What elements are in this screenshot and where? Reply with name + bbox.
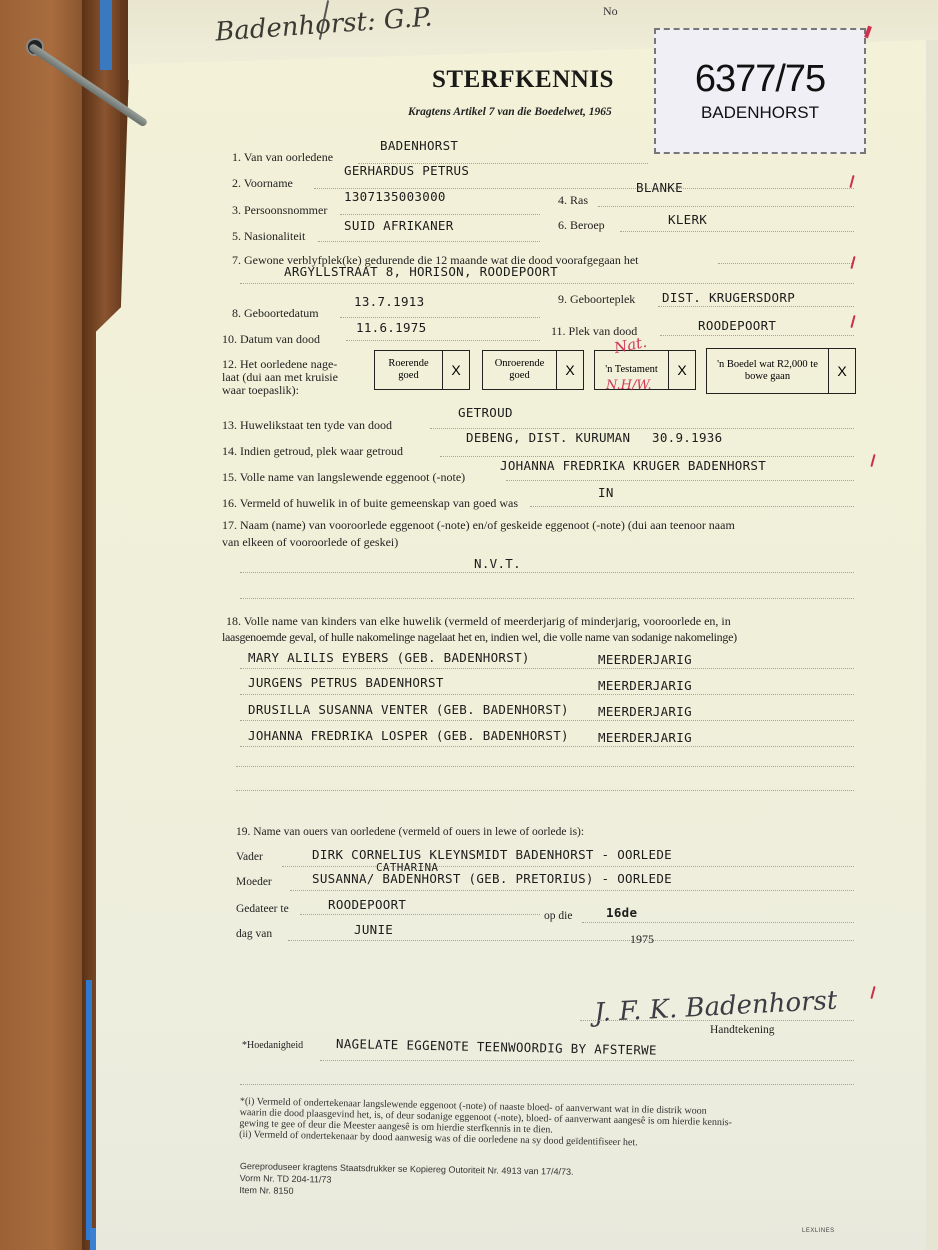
child-1-name: MARY ALILIS EYBERS (GEB. BADENHORST) <box>248 650 530 665</box>
field-11-value: ROODEPOORT <box>698 318 776 333</box>
field-12-label: 12. Het oorledene nage- laat (dui aan me… <box>222 358 338 397</box>
dated-place-label: Gedateer te <box>236 903 289 915</box>
form-title: STERFKENNIS <box>432 66 614 94</box>
checkbox-roerende-goed[interactable]: Roerende goed X <box>374 350 470 390</box>
dotted-line <box>236 790 854 791</box>
field-5-label: 5. Nasionaliteit <box>232 229 305 244</box>
field-2-label: 2. Voorname <box>232 176 293 191</box>
dotted-line <box>240 668 854 669</box>
field-16-label: 16. Vermeld of huwelik in of buite gemee… <box>222 496 518 511</box>
dotted-line <box>346 340 540 341</box>
child-3-status: MEERDERJARIG <box>598 704 692 719</box>
dotted-line <box>240 694 854 695</box>
field-13-value: GETROUD <box>458 405 513 420</box>
dated-year-value: 1975 <box>630 932 654 947</box>
field-6-label: 6. Beroep <box>558 218 605 233</box>
checkbox-boedel-r2000[interactable]: 'n Boedel wat R2,000 te bowe gaan X <box>706 348 856 394</box>
field-14-label: 14. Indien getroud, plek waar getroud <box>222 444 403 459</box>
dotted-line <box>240 572 854 573</box>
field-19-label: 19. Name van ouers van oorledene (vermel… <box>236 826 584 838</box>
dotted-line <box>240 598 854 599</box>
dotted-line <box>430 428 854 429</box>
field-1-label: 1. Van van oorledene <box>232 150 333 165</box>
field-3-label: 3. Persoonsnommer <box>232 203 327 218</box>
child-2-name: JURGENS PETRUS BADENHORST <box>248 675 444 690</box>
estate-name: BADENHORST <box>656 103 864 123</box>
field-10-label: 10. Datum van dood <box>222 332 320 347</box>
dotted-line <box>236 766 854 767</box>
dotted-line <box>282 866 854 867</box>
field-3-value: 1307135003000 <box>344 189 446 204</box>
field-18-label-line1: 18. Volle name van kinders van elke huwe… <box>226 614 731 629</box>
field-9-label: 9. Geboorteplek <box>558 292 635 307</box>
dotted-line <box>620 231 854 232</box>
field-4-label: 4. Ras <box>558 193 588 208</box>
red-annotation-bottom: N.H/W. <box>606 378 652 393</box>
dotted-line <box>290 890 854 891</box>
field-2-value: GERHARDUS PETRUS <box>344 163 469 178</box>
field-9-value: DIST. KRUGERSDORP <box>662 290 795 305</box>
field-15-value: JOHANNA FREDRIKA KRUGER BADENHORST <box>500 458 766 473</box>
father-value: DIRK CORNELIUS KLEYNSMIDT BADENHORST - O… <box>312 847 672 862</box>
dotted-line <box>318 241 540 242</box>
father-label: Vader <box>236 851 263 863</box>
dotted-line <box>658 306 854 307</box>
field-13-label: 13. Huwelikstaat ten tyde van dood <box>222 418 392 433</box>
no-label: No <box>603 4 618 19</box>
printer-mark: LEXLINES <box>802 1228 835 1234</box>
dated-day-label: op die <box>544 910 572 922</box>
blue-tab-lower <box>86 980 92 1240</box>
dotted-line <box>300 914 540 915</box>
dated-month-label: dag van <box>236 928 272 940</box>
dotted-line <box>506 480 854 481</box>
mother-value: SUSANNA/ BADENHORST (GEB. PRETORIUS) - O… <box>312 871 672 886</box>
reproduction-note: Gereproduseer kragtens Staatsdrukker se … <box>239 1160 573 1202</box>
dotted-line <box>240 720 854 721</box>
field-14-value: DEBENG, DIST. KURUMAN <box>466 430 630 445</box>
child-1-status: MEERDERJARIG <box>598 652 692 667</box>
capacity-label: *Hoedanigheid <box>242 1040 303 1051</box>
dotted-line <box>718 263 854 264</box>
blue-tab <box>100 0 112 70</box>
field-1-value: BADENHORST <box>380 138 458 153</box>
field-8-value: 13.7.1913 <box>354 294 424 309</box>
death-notice-form <box>96 40 926 1250</box>
field-15-label: 15. Volle name van langslewende eggenoot… <box>222 470 465 485</box>
signature-label: Handtekening <box>710 1024 775 1036</box>
dotted-line <box>288 940 854 941</box>
dated-day-value: 16de <box>606 905 637 920</box>
field-10-value: 11.6.1975 <box>356 320 426 335</box>
dotted-line <box>598 206 854 207</box>
field-17-label-line1: 17. Naam (name) van vooroorlede eggenoot… <box>222 518 735 533</box>
field-18-label-line2: laasgenoemde geval, of hulle nakomelinge… <box>222 630 737 645</box>
mother-label: Moeder <box>236 876 272 888</box>
signature-line <box>580 1020 854 1021</box>
child-3-name: DRUSILLA SUSANNA VENTER (GEB. BADENHORST… <box>248 702 569 717</box>
child-4-status: MEERDERJARIG <box>598 730 692 745</box>
field-7-value: ARGYLLSTRAAT 8, HORISON, ROODEPOORT <box>284 264 558 279</box>
dotted-line <box>660 335 854 336</box>
dotted-line <box>340 214 540 215</box>
field-4-value: BLANKE <box>636 180 683 195</box>
file-label-card: 6377/75 BADENHORST <box>654 28 866 154</box>
dotted-line <box>340 317 540 318</box>
field-5-value: SUID AFRIKANER <box>344 218 454 233</box>
checkbox-onroerende-goed[interactable]: Onroerende goed X <box>482 350 584 390</box>
child-4-name: JOHANNA FREDRIKA LOSPER (GEB. BADENHORST… <box>248 728 569 743</box>
dotted-line <box>582 922 854 923</box>
dotted-line <box>240 283 854 284</box>
form-subtitle: Kragtens Artikel 7 van die Boedelwet, 19… <box>408 106 612 118</box>
dotted-line <box>240 746 854 747</box>
estate-number: 6377/75 <box>656 58 864 101</box>
dotted-line <box>240 1084 854 1085</box>
child-2-status: MEERDERJARIG <box>598 678 692 693</box>
dated-month-value: JUNIE <box>354 922 393 937</box>
field-14-date: 30.9.1936 <box>652 430 722 445</box>
field-17-label-line2: van elkeen of vooroorlede of geskei) <box>222 535 398 550</box>
field-8-label: 8. Geboortedatum <box>232 306 319 321</box>
field-16-value: IN <box>598 485 614 500</box>
dotted-line <box>320 1060 854 1061</box>
dated-place-value: ROODEPOORT <box>328 897 406 912</box>
field-17-value: N.V.T. <box>474 556 521 571</box>
dotted-line <box>530 506 854 507</box>
dotted-line <box>440 456 854 457</box>
field-6-value: KLERK <box>668 212 707 227</box>
